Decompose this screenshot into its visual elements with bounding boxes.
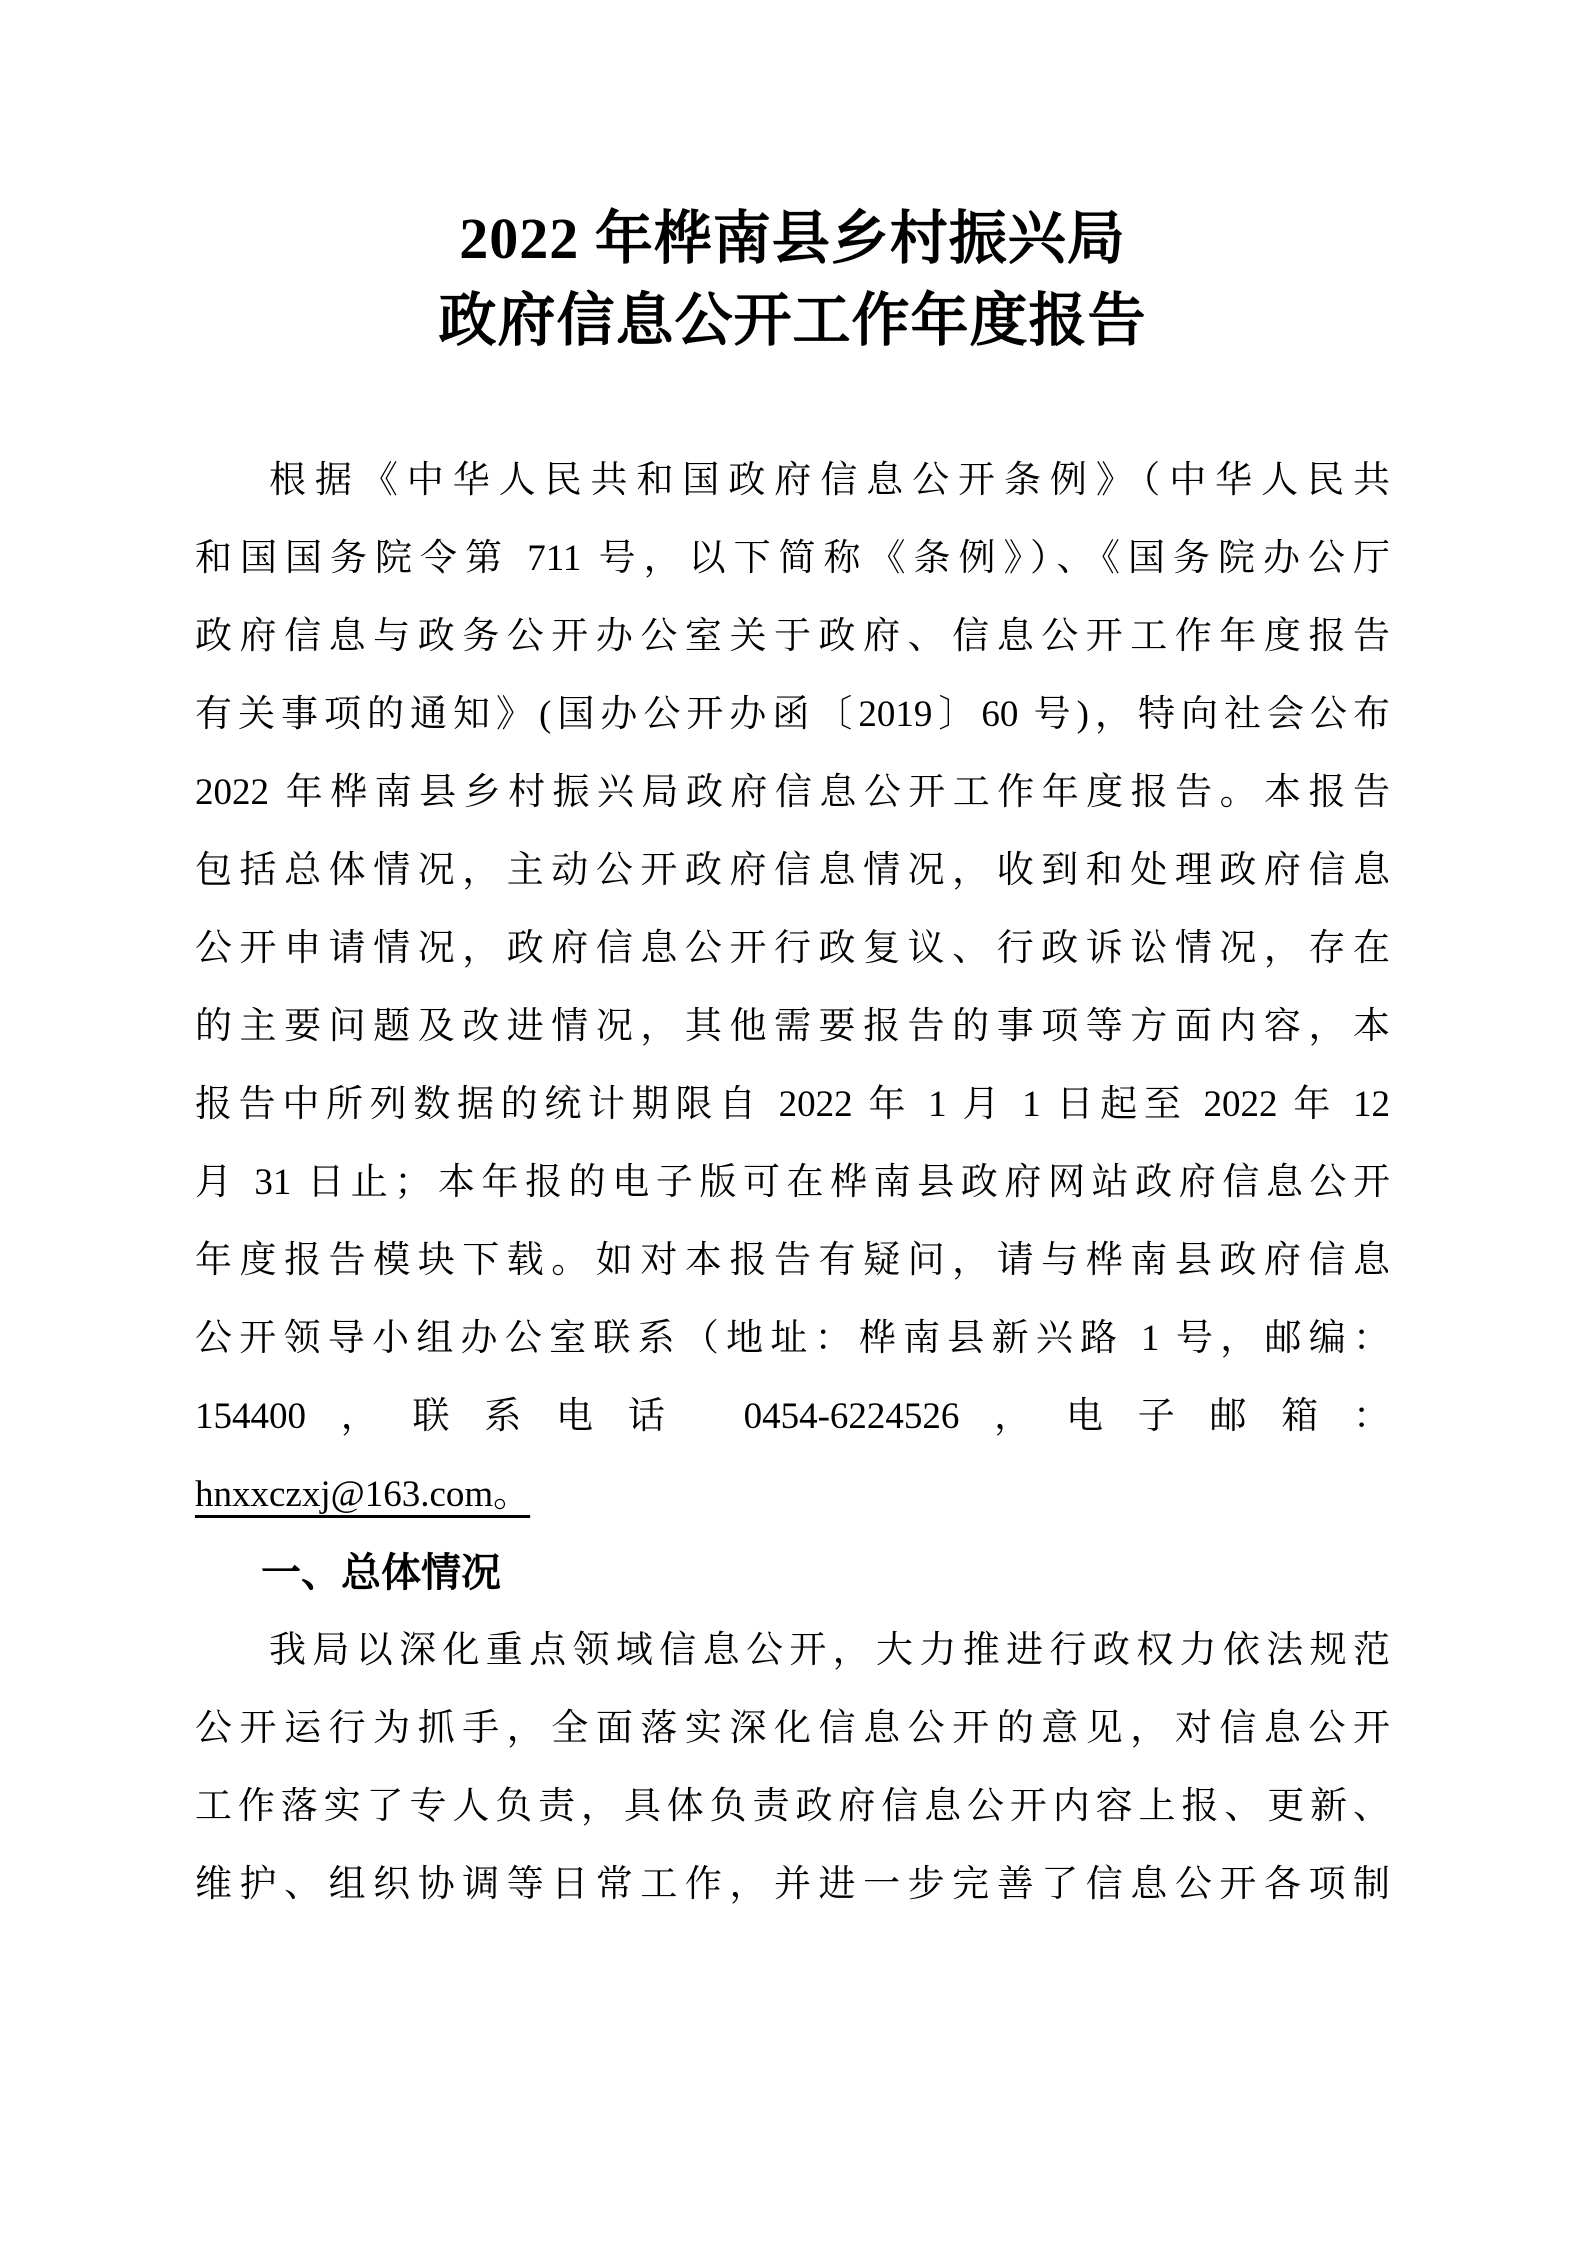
document-title-line-2: 政府信息公开工作年度报告 bbox=[195, 280, 1390, 362]
email-text: hnxxczxj@163.com。 bbox=[195, 1474, 530, 1515]
paragraph-line: 月 31 日止；本年报的电子版可在桦南县政府网站政府信息公开 bbox=[195, 1144, 1390, 1222]
document-body: 根据《中华人民共和国政府信息公开条例》（中华人民共 和国国务院令第 711 号，… bbox=[195, 442, 1390, 1924]
paragraph-line: 年度报告模块下载。如对本报告有疑问，请与桦南县政府信息 bbox=[195, 1222, 1390, 1300]
paragraph-line: 有关事项的通知》(国办公开办函〔2019〕60 号)，特向社会公布 bbox=[195, 676, 1390, 754]
paragraph-line: 154400，联系电话 0454-6224526，电子邮箱： bbox=[195, 1378, 1390, 1456]
section-heading: 一、总体情况 bbox=[195, 1534, 1390, 1612]
document-title: 2022 年桦南县乡村振兴局 政府信息公开工作年度报告 bbox=[195, 198, 1390, 362]
paragraph-line: 的主要问题及改进情况，其他需要报告的事项等方面内容，本 bbox=[195, 988, 1390, 1066]
document-page: 2022 年桦南县乡村振兴局 政府信息公开工作年度报告 根据《中华人民共和国政府… bbox=[0, 0, 1587, 2245]
email-line: hnxxczxj@163.com。 bbox=[195, 1456, 1390, 1534]
paragraph-line: 公开运行为抓手，全面落实深化信息公开的意见，对信息公开 bbox=[195, 1690, 1390, 1768]
paragraph-line: 和国国务院令第 711 号，以下简称《条例》）、《国务院办公厅 bbox=[195, 520, 1390, 598]
paragraph-line: 报告中所列数据的统计期限自 2022 年 1 月 1 日起至 2022 年 12 bbox=[195, 1066, 1390, 1144]
paragraph-line: 根据《中华人民共和国政府信息公开条例》（中华人民共 bbox=[195, 442, 1390, 520]
paragraph-line: 政府信息与政务公开办公室关于政府、信息公开工作年度报告 bbox=[195, 598, 1390, 676]
paragraph-line: 维护、组织协调等日常工作，并进一步完善了信息公开各项制 bbox=[195, 1846, 1390, 1924]
paragraph-line: 2022 年桦南县乡村振兴局政府信息公开工作年度报告。本报告 bbox=[195, 754, 1390, 832]
paragraph-line: 包括总体情况，主动公开政府信息情况，收到和处理政府信息 bbox=[195, 832, 1390, 910]
paragraph-line: 工作落实了专人负责，具体负责政府信息公开内容上报、更新、 bbox=[195, 1768, 1390, 1846]
paragraph-line: 公开申请情况，政府信息公开行政复议、行政诉讼情况，存在 bbox=[195, 910, 1390, 988]
paragraph-line: 我局以深化重点领域信息公开，大力推进行政权力依法规范 bbox=[195, 1612, 1390, 1690]
document-title-line-1: 2022 年桦南县乡村振兴局 bbox=[195, 198, 1390, 280]
paragraph-line: 公开领导小组办公室联系（地址：桦南县新兴路 1 号，邮编： bbox=[195, 1300, 1390, 1378]
